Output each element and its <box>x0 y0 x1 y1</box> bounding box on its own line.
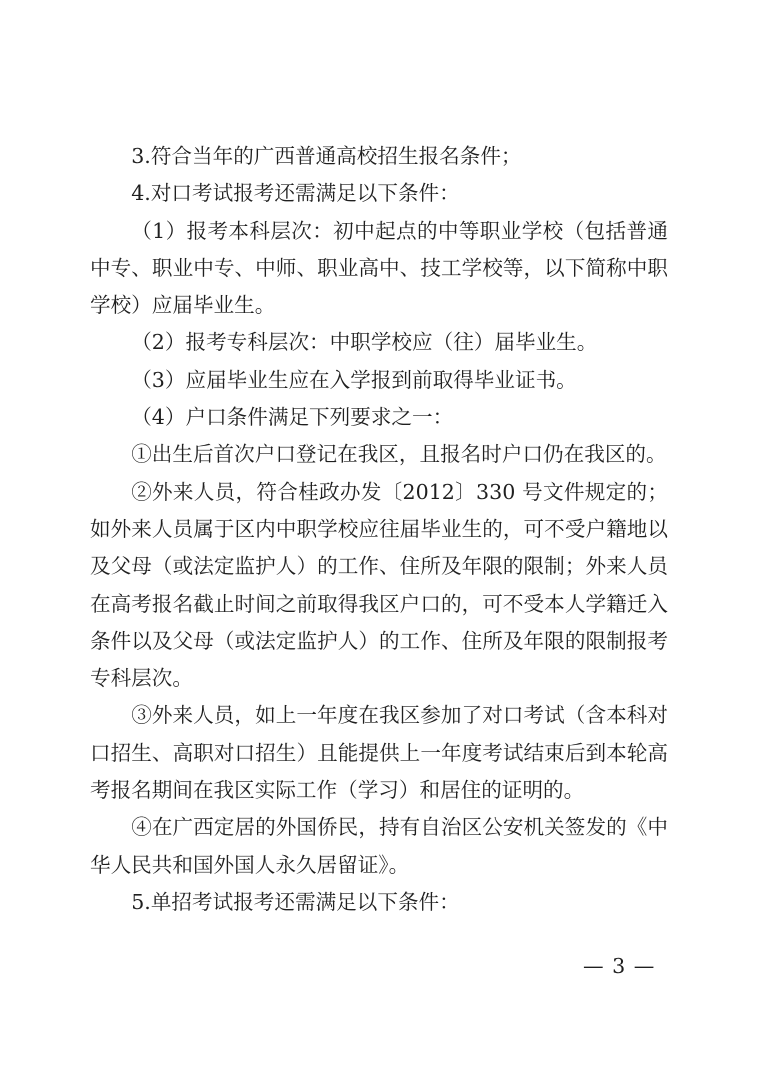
paragraph: （3）应届毕业生应在入学报到前取得毕业证书。 <box>90 362 668 399</box>
paragraph: 5.单招考试报考还需满足以下条件： <box>90 884 668 921</box>
paragraph: （1）报考本科层次：初中起点的中等职业学校（包括普通中专、职业中专、中师、职业高… <box>90 213 668 325</box>
paragraph: （2）报考专科层次：中职学校应（往）届毕业生。 <box>90 324 668 361</box>
body-text: 3.符合当年的广西普通高校招生报名条件； 4.对口考试报考还需满足以下条件： （… <box>90 138 668 921</box>
document-page: 3.符合当年的广西普通高校招生报名条件； 4.对口考试报考还需满足以下条件： （… <box>0 0 764 1080</box>
paragraph: ③外来人员，如上一年度在我区参加了对口考试（含本科对口招生、高职对口招生）且能提… <box>90 697 668 809</box>
paragraph: （4）户口条件满足下列要求之一： <box>90 399 668 436</box>
paragraph: ①出生后首次户口登记在我区，且报名时户口仍在我区的。 <box>90 436 668 473</box>
paragraph: 3.符合当年的广西普通高校招生报名条件； <box>90 138 668 175</box>
page-number: — 3 — <box>583 951 655 981</box>
paragraph: ②外来人员，符合桂政办发〔2012〕330 号文件规定的；如外来人员属于区内中职… <box>90 474 668 698</box>
paragraph: 4.对口考试报考还需满足以下条件： <box>90 175 668 212</box>
paragraph: ④在广西定居的外国侨民，持有自治区公安机关签发的《中华人民共和国外国人永久居留证… <box>90 809 668 884</box>
